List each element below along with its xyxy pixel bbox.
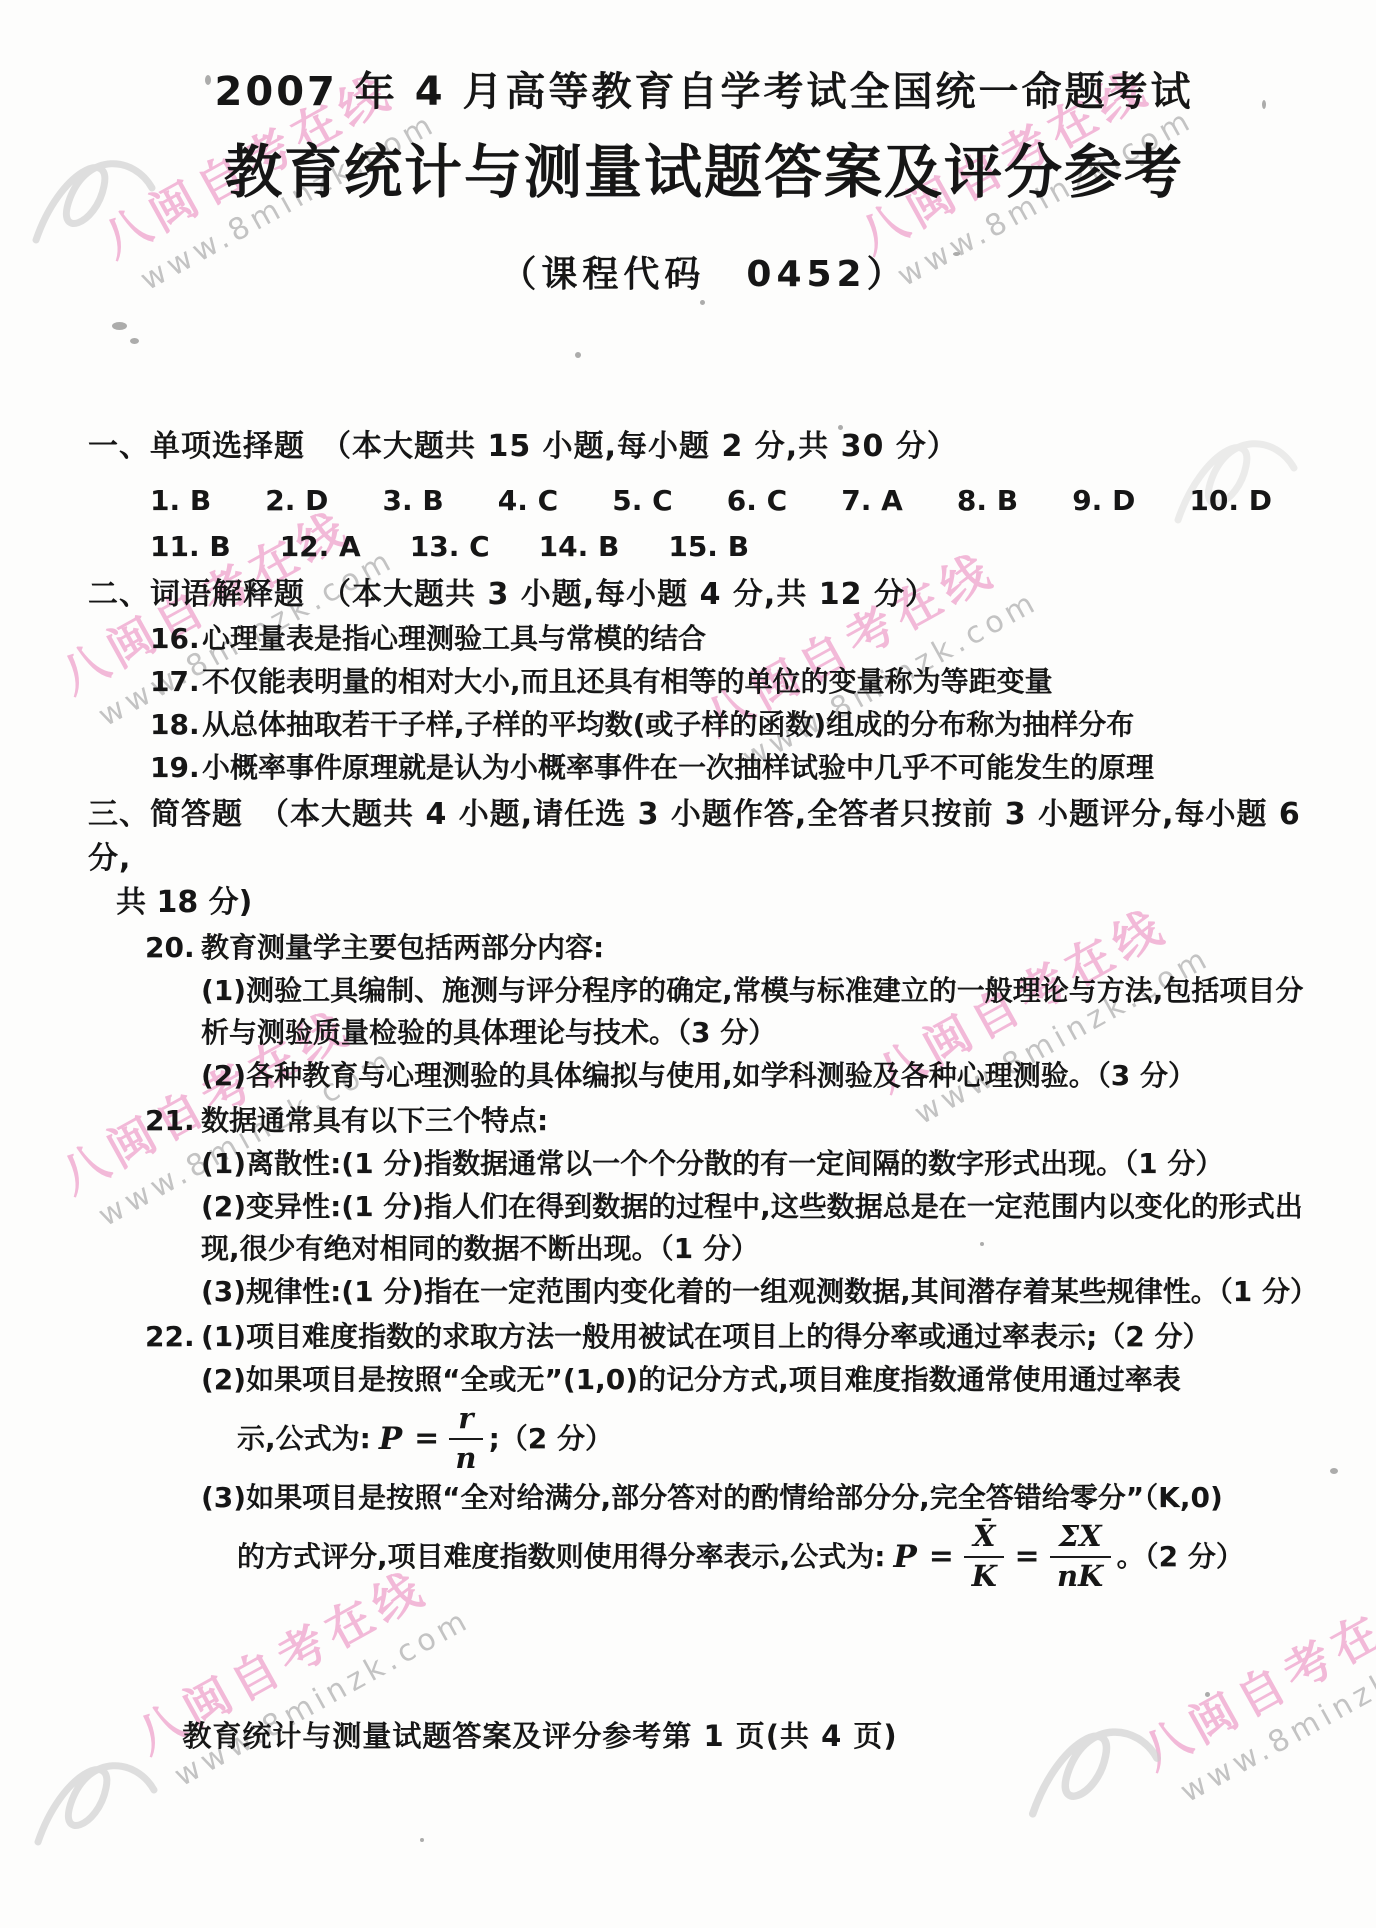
item-number: 18. — [150, 704, 202, 746]
item-text: 小概率事件原理就是认为小概率事件在一次抽样试验中几乎不可能发生的原理 — [202, 747, 1154, 789]
term-item: 18. 从总体抽取若干子样,子样的平均数(或子样的函数)组成的分布称为抽样分布 — [150, 704, 1320, 746]
question-number: 20. — [145, 927, 201, 1098]
fraction-numerator: X̄ — [964, 1521, 1005, 1558]
answer-item: 8. B — [957, 479, 1018, 523]
answer-item: 3. B — [382, 479, 443, 523]
answer-item: 11. B — [150, 525, 231, 569]
equals-sign: = — [1010, 1536, 1043, 1578]
swirl-logo — [28, 1742, 168, 1862]
question-body: 教育测量学主要包括两部分内容: (1)测验工具编制、施测与评分程序的确定,常模与… — [201, 927, 1320, 1098]
math-variable-p: P — [885, 1536, 924, 1578]
answer-item: 9. D — [1072, 479, 1135, 523]
item-number: 16. — [150, 618, 202, 660]
question-number: 22. — [145, 1316, 201, 1595]
formula-line: 的方式评分,项目难度指数则使用得分率表示,公式为: P = X̄ K = ΣX … — [237, 1520, 1320, 1594]
course-code: （课程代码 0452） — [88, 246, 1320, 297]
item-text: 心理量表是指心理测验工具与常模的结合 — [202, 618, 706, 660]
fraction-numerator: r — [449, 1403, 482, 1440]
document-content: 2007 年 4 月高等教育自学考试全国统一命题考试 教育统计与测量试题答案及评… — [0, 0, 1376, 1595]
answer-item: 12. A — [280, 525, 361, 569]
answer-part: (2)变异性:(1 分)指人们在得到数据的过程中,这些数据总是在一定范围内以变化… — [201, 1186, 1320, 1270]
formula-text-after: 。（2 分） — [1117, 1536, 1244, 1578]
page-footer: 教育统计与测量试题答案及评分参考第 1 页(共 4 页) — [0, 1714, 1080, 1755]
scanned-exam-page: 八闽自考在线 www.8minzk.com 八闽自考在线 www.8minzk.… — [0, 0, 1376, 1928]
fraction-denominator: nK — [1057, 1558, 1103, 1593]
section-term-explanation: 二、词语解释题 （本大题共 3 小题,每小题 4 分,共 12 分） 16. 心… — [88, 573, 1320, 789]
section-one-heading: 一、单项选择题 （本大题共 15 小题,每小题 2 分,共 30 分） — [88, 425, 1320, 469]
question-body: 数据通常具有以下三个特点: (1)离散性:(1 分)指数据通常以一个个分散的有一… — [201, 1100, 1320, 1314]
term-item: 19. 小概率事件原理就是认为小概率事件在一次抽样试验中几乎不可能发生的原理 — [150, 747, 1320, 789]
question-21: 21. 数据通常具有以下三个特点: (1)离散性:(1 分)指数据通常以一个个分… — [145, 1100, 1320, 1314]
document-header: 2007 年 4 月高等教育自学考试全国统一命题考试 教育统计与测量试题答案及评… — [88, 68, 1320, 297]
formula-text-before: 的方式评分,项目难度指数则使用得分率表示,公式为: — [237, 1536, 885, 1578]
section-two-heading: 二、词语解释题 （本大题共 3 小题,每小题 4 分,共 12 分） — [88, 573, 1320, 617]
item-text: 从总体抽取若干子样,子样的平均数(或子样的函数)组成的分布称为抽样分布 — [202, 704, 1134, 746]
answer-item: 1. B — [150, 479, 211, 523]
answer-part: (1)项目难度指数的求取方法一般用被试在项目上的得分率或通过率表示;（2 分） — [201, 1316, 1320, 1358]
answer-item: 13. C — [410, 525, 490, 569]
answer-item: 7. A — [841, 479, 903, 523]
exam-title-line1: 2007 年 4 月高等教育自学考试全国统一命题考试 — [88, 68, 1320, 116]
term-item: 16. 心理量表是指心理测验工具与常模的结合 — [150, 618, 1320, 660]
item-number: 17. — [150, 661, 202, 703]
answer-item: 2. D — [265, 479, 328, 523]
term-item: 17. 不仅能表明量的相对大小,而且还具有相等的单位的变量称为等距变量 — [150, 661, 1320, 703]
equals-sign: = — [925, 1536, 958, 1578]
fraction-denominator: n — [455, 1440, 476, 1475]
item-number: 19. — [150, 747, 202, 789]
footer-text: 教育统计与测量试题答案及评分参考第 1 页(共 4 页) — [182, 1719, 897, 1753]
item-text: 不仅能表明量的相对大小,而且还具有相等的单位的变量称为等距变量 — [202, 661, 1053, 703]
formula-line: 示,公式为: P = r n ;（2 分） — [237, 1402, 1320, 1476]
question-intro: 教育测量学主要包括两部分内容: — [201, 927, 1320, 969]
question-number: 21. — [145, 1100, 201, 1314]
section-short-answer: 三、简答题 （本大题共 4 小题,请任选 3 小题作答,全答者只按前 3 小题评… — [88, 793, 1320, 1595]
answers-row-1: 1. B 2. D 3. B 4. C 5. C 6. C 7. A 8. B … — [150, 479, 1272, 523]
fraction-numerator: ΣX — [1050, 1521, 1111, 1558]
section-three-heading-line1: 三、简答题 （本大题共 4 小题,请任选 3 小题作答,全答者只按前 3 小题评… — [88, 793, 1320, 881]
fraction-sigmax-over-nk: ΣX nK — [1050, 1521, 1111, 1593]
answer-item: 6. C — [727, 479, 787, 523]
answer-item: 5. C — [612, 479, 672, 523]
fraction-denominator: K — [972, 1558, 997, 1593]
answers-row-2: 11. B 12. A 13. C 14. B 15. B — [150, 525, 1320, 569]
answer-item: 4. C — [498, 479, 558, 523]
watermark: 八闽自考在线 www.8minzk.com — [1128, 1556, 1376, 1817]
fraction-xbar-over-k: X̄ K — [964, 1521, 1005, 1593]
answer-part-line: (3)如果项目是按照“全对给满分,部分答对的酌情给部分分,完全答错给零分”（K,… — [201, 1477, 1320, 1519]
answer-part: (2)各种教育与心理测验的具体编拟与使用,如学科测验及各种心理测验。（3 分） — [201, 1055, 1320, 1097]
answer-part: (3)规律性:(1 分)指在一定范围内变化着的一组观测数据,其间潜存着某些规律性… — [201, 1271, 1320, 1313]
answer-part-line: (2)如果项目是按照“全或无”(1,0)的记分方式,项目难度指数通常使用通过率表 — [201, 1359, 1320, 1401]
fraction-r-over-n: r n — [449, 1403, 482, 1475]
math-variable-p: P — [371, 1418, 410, 1460]
equals-sign: = — [410, 1418, 443, 1460]
answer-part: (1)离散性:(1 分)指数据通常以一个个分散的有一定间隔的数字形式出现。（1 … — [201, 1143, 1320, 1185]
section-multiple-choice: 一、单项选择题 （本大题共 15 小题,每小题 2 分,共 30 分） 1. B… — [88, 425, 1320, 569]
answer-item: 10. D — [1189, 479, 1272, 523]
question-body: (1)项目难度指数的求取方法一般用被试在项目上的得分率或通过率表示;（2 分） … — [201, 1316, 1320, 1595]
question-intro: 数据通常具有以下三个特点: — [201, 1100, 1320, 1142]
watermark-site-url: www.8minzk.com — [1175, 1618, 1376, 1810]
exam-title-line2: 教育统计与测量试题答案及评分参考 — [88, 138, 1320, 208]
question-20: 20. 教育测量学主要包括两部分内容: (1)测验工具编制、施测与评分程序的确定… — [145, 927, 1320, 1098]
formula-text-before: 示,公式为: — [237, 1418, 371, 1460]
formula-text-after: ;（2 分） — [489, 1418, 613, 1460]
watermark-site-url: www.8minzk.com — [169, 1602, 477, 1794]
answer-part: (1)测验工具编制、施测与评分程序的确定,常模与标准建立的一般理论与方法,包括项… — [201, 970, 1320, 1054]
scan-artifact — [1205, 1692, 1210, 1697]
answer-item: 15. B — [668, 525, 749, 569]
scan-artifact — [420, 1838, 424, 1842]
section-three-heading-line2: 共 18 分) — [116, 881, 1320, 925]
answer-item: 14. B — [539, 525, 620, 569]
question-22: 22. (1)项目难度指数的求取方法一般用被试在项目上的得分率或通过率表示;（2… — [145, 1316, 1320, 1595]
